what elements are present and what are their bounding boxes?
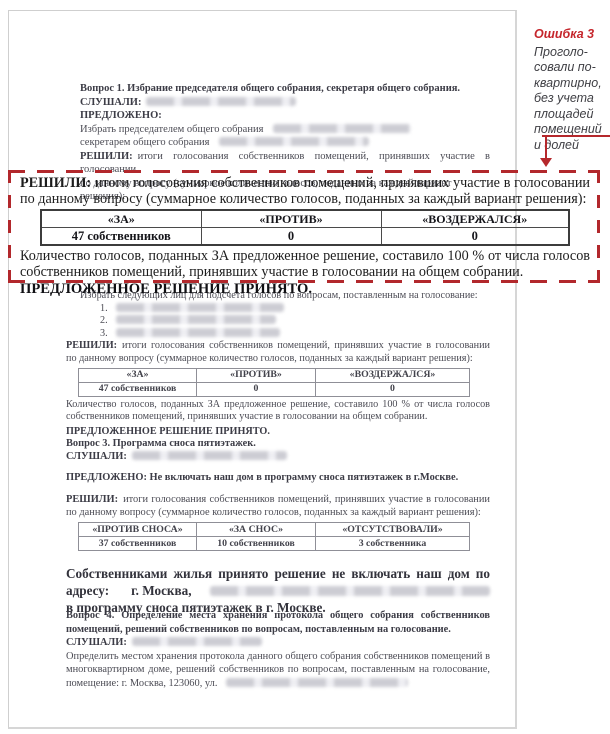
chairman-text: Избрать председателем общего собрания [80, 124, 263, 135]
city-text: г. Москва, [131, 582, 191, 599]
annotation-arrowhead-icon [540, 158, 552, 167]
table-header-row: «ЗА» «ПРОТИВ» «ВОЗДЕРЖАЛСЯ» [79, 369, 470, 383]
annotation-line: совали по- [534, 60, 610, 76]
secretary-text: секретарем общего собрания [80, 137, 210, 148]
annotation-line: площадей [534, 107, 610, 123]
redacted-name [132, 451, 287, 460]
value-za-snos: 10 собственников [197, 537, 316, 551]
list-number: 1. [100, 303, 108, 316]
secretary-line: секретарем общего собрания [80, 136, 490, 150]
highlight-reshili-line1: РЕШИЛИ: итоги голосования собственников … [20, 175, 590, 191]
header-vozderzhalsya: «ВОЗДЕРЖАЛСЯ» [316, 369, 470, 383]
highlight-reshili-line2: по данному вопросу (суммарное количество… [20, 191, 590, 207]
value-vozderzhalsya: 0 [381, 228, 569, 246]
question-1-heading: Вопрос 1. Избрание председателя общего с… [80, 82, 490, 96]
slushali-label: СЛУШАЛИ: [66, 451, 127, 462]
question-2-summary-line2: собственников помещений, принявших участ… [66, 411, 490, 424]
question-2-summary-line1: Количество голосов, поданных ЗА предложе… [66, 399, 490, 412]
vote-table-q2: «ЗА» «ПРОТИВ» «ВОЗДЕРЖАЛСЯ» 47 собственн… [78, 368, 470, 397]
header-vozderzhalsya: «ВОЗДЕРЖАЛСЯ» [381, 210, 569, 228]
redacted-address [226, 678, 408, 687]
section-question-3: Вопрос 3. Программа сноса пятиэтажек. СЛ… [66, 437, 490, 616]
table-header-row: «ЗА» «ПРОТИВ» «ВОЗДЕРЖАЛСЯ» [41, 210, 569, 228]
table-header-row: «ПРОТИВ СНОСА» «ЗА СНОС» «ОТСУТСТВОВАЛИ» [79, 523, 470, 537]
question-3-heading: Вопрос 3. Программа сноса пятиэтажек. [66, 437, 490, 450]
slushali-label: СЛУШАЛИ: [80, 97, 141, 108]
dashed-border-right [597, 170, 600, 283]
highlight-summary-line2: собственников помещений, принявших участ… [20, 264, 590, 280]
reshili-label: РЕШИЛИ: [80, 151, 133, 162]
question-2-reshili-line2: по данному вопросу (суммарное количество… [66, 353, 490, 366]
question-4-heading-line2: помещений, решений собственников по вопр… [66, 623, 490, 637]
header-protiv: «ПРОТИВ» [197, 369, 316, 383]
question-2-intro: Избрать следующих лиц для подсчета голос… [80, 290, 490, 303]
redacted-name [132, 637, 262, 646]
table-value-row: 37 собственников 10 собственников 3 собс… [79, 537, 470, 551]
value-protiv-snosa: 37 собственников [79, 537, 197, 551]
value-protiv: 0 [201, 228, 381, 246]
reshili-label: РЕШИЛИ: [66, 494, 118, 505]
highlight-summary-line1: Количество голосов, поданных ЗА предложе… [20, 248, 590, 264]
question-4-body-line1: Определить местом хранения протокола дан… [66, 650, 490, 664]
question-4-body-line2: многоквартирном доме, решений собственни… [66, 663, 490, 677]
reshili-text: итоги голосования собственников помещени… [122, 340, 490, 351]
redacted-name [273, 124, 411, 133]
header-protiv: «ПРОТИВ» [201, 210, 381, 228]
section-question-4: Вопрос 4. Определение места хранения про… [66, 609, 490, 690]
reshili-text: итоги голосования собственников помещени… [95, 175, 590, 191]
redacted-name [116, 303, 284, 312]
header-za: «ЗА» [41, 210, 201, 228]
redacted-address [210, 586, 490, 596]
scanned-protocol-screenshot: Вопрос 1. Избрание председателя общего с… [0, 0, 610, 734]
question-3-reshili-line2: по данному вопросу (суммарное количество… [66, 506, 490, 519]
annotation-line: квартирно, [534, 76, 610, 92]
header-protiv-snosa: «ПРОТИВ СНОСА» [79, 523, 197, 537]
annotation-underline [542, 135, 610, 137]
list-number: 2. [100, 315, 108, 328]
value-protiv: 0 [197, 383, 316, 397]
highlight-content: РЕШИЛИ: итоги голосования собственников … [11, 173, 597, 297]
question-4-body-line3: помещение: г. Москва, 123060, ул. [66, 677, 490, 691]
reshili-text: итоги голосования собственников помещени… [123, 494, 490, 505]
address-label: адресу: [66, 582, 109, 599]
annotation-arrow-line [545, 135, 547, 159]
annotation-title: Ошибка 3 [534, 27, 610, 43]
list-item: 1. [80, 303, 490, 316]
reshili-label: РЕШИЛИ: [66, 340, 117, 351]
annotation-line: без учета [534, 91, 610, 107]
list-item: 2. [80, 315, 490, 328]
question-3-slushali: СЛУШАЛИ: [66, 450, 490, 463]
question-4-slushali: СЛУШАЛИ: [66, 636, 490, 650]
value-za: 47 собственников [79, 383, 197, 397]
vote-table-q3: «ПРОТИВ СНОСА» «ЗА СНОС» «ОТСУТСТВОВАЛИ»… [78, 522, 470, 551]
annotation-line: Проголо- [534, 45, 610, 61]
spacer [66, 484, 490, 493]
vote-table-highlight: «ЗА» «ПРОТИВ» «ВОЗДЕРЖАЛСЯ» 47 собственн… [40, 209, 570, 246]
redacted-name [116, 328, 280, 337]
question-3-predlozheno: ПРЕДЛОЖЕНО: Не включать наш дом в програ… [66, 471, 490, 484]
question-3-reshili-line1: РЕШИЛИ:итоги голосования собственников п… [66, 493, 490, 506]
value-za: 47 собственников [41, 228, 201, 246]
storage-place-text: помещение: г. Москва, 123060, ул. [66, 678, 217, 689]
table-value-row: 47 собственников 0 0 [79, 383, 470, 397]
error-highlight-box: РЕШИЛИ: итоги голосования собственников … [8, 170, 600, 283]
spacer [66, 463, 490, 471]
question-1-slushali: СЛУШАЛИ: [80, 96, 490, 110]
header-za-snos: «ЗА СНОС» [197, 523, 316, 537]
table-value-row: 47 собственников 0 0 [41, 228, 569, 246]
header-za: «ЗА» [79, 369, 197, 383]
redacted-name [116, 315, 276, 324]
slushali-label: СЛУШАЛИ: [66, 637, 127, 648]
spacer [66, 553, 490, 565]
section-question-2: Избрать следующих лиц для подсчета голос… [80, 290, 490, 438]
chairman-line: Избрать председателем общего собрания [80, 123, 490, 137]
question-3-conclusion-line2: адресу: г. Москва, [66, 582, 490, 599]
list-number: 3. [100, 328, 108, 341]
question-1-predlozheno: ПРЕДЛОЖЕНО: [80, 109, 490, 123]
question-3-conclusion-line1: Собственниками жилья принято решение не … [66, 565, 490, 582]
list-item: 3. [80, 328, 490, 341]
question-2-reshili-line1: РЕШИЛИ:итоги голосования собственников п… [66, 340, 490, 353]
question-4-heading-line1: Вопрос 4. Определение места хранения про… [66, 609, 490, 623]
value-vozderzhalsya: 0 [316, 383, 470, 397]
header-otsutstvovali: «ОТСУТСТВОВАЛИ» [316, 523, 470, 537]
redacted-name [219, 137, 369, 146]
reshili-label: РЕШИЛИ: [20, 175, 91, 191]
value-otsutstvovali: 3 собственника [316, 537, 470, 551]
redacted-name [146, 97, 296, 106]
